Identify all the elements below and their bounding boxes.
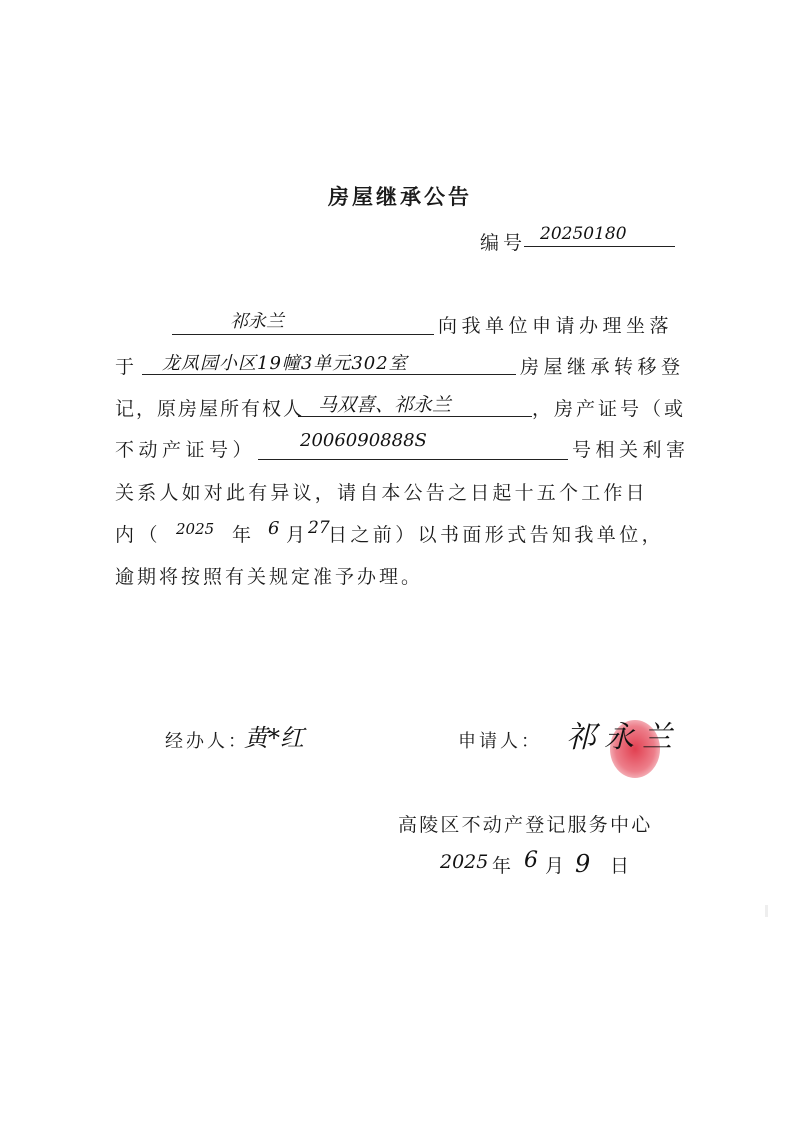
property-address-value: 龙凤园小区19幢3单元302室 [162,349,408,375]
document-title: 房屋继承公告 [0,181,800,211]
date-year-unit: 年 [492,851,516,878]
deadline-year-unit: 年 [232,520,256,547]
serial-label: 编号 [480,228,526,255]
body-line3-prefix: 记，原房屋所有权人 [115,394,304,421]
deadline-month: 6 [268,518,279,539]
deadline-month-unit: 月 [286,520,310,547]
body-line7: 逾期将按照有关规定准予办理。 [115,562,423,589]
applicant-name-value: 祁永兰 [172,307,342,333]
body-line2-prefix: 于 [115,352,139,379]
date-month-unit: 月 [545,851,569,878]
body-line4-prefix: 不动产证号） [115,435,256,462]
date-year: 2025 [440,851,488,873]
applicant-signature: 祁永兰 [566,712,680,756]
handler-label: 经办人： [165,727,249,753]
original-owners-value: 马双喜、祁永兰 [318,390,451,417]
scan-mark [765,905,768,917]
deadline-year: 2025 [176,520,214,538]
body-line1-suffix: 向我单位申请办理坐落 [438,311,673,338]
body-line4-suffix: 号相关利害 [572,435,690,462]
date-month: 6 [524,848,538,873]
handler-signature: 黄*红 [244,718,304,753]
body-line2-suffix: 房屋继承转移登 [520,352,685,379]
date-day: 9 [575,850,590,878]
body-line5: 关系人如对此有异议，请自本公告之日起十五个工作日 [115,478,648,505]
body-line6-prefix: 内（ [115,520,162,547]
body-line6-suffix: 日之前）以书面形式告知我单位， [328,520,664,547]
certificate-number-value: 2006090888S [300,430,427,451]
serial-value: 20250180 [540,224,627,244]
issuer-name: 高陵区不动产登记服务中心 [398,810,652,837]
applicant-label: 申请人： [458,727,542,753]
body-line3-suffix: ，房产证号（或 [532,394,686,421]
deadline-day: 27 [308,518,330,538]
date-day-unit: 日 [610,851,634,878]
